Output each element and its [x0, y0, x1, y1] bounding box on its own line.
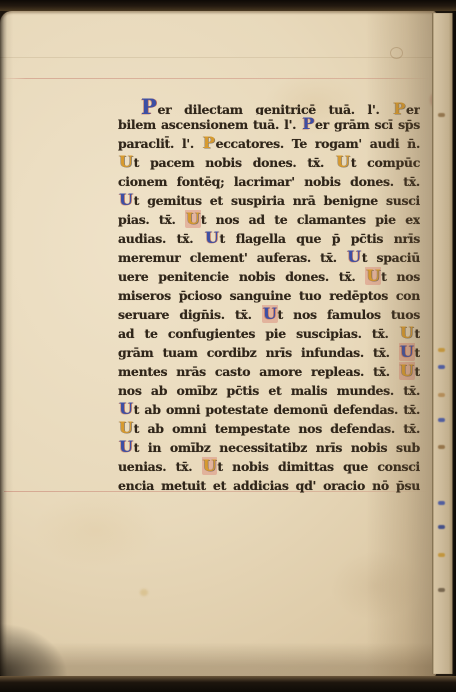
text-run: t in omībz necessitatibz nrīs nobis sub: [134, 440, 420, 455]
text-run: paraclit̄. l'.: [118, 136, 202, 151]
text-run: er dilectam genitricē tuā. l'.: [158, 102, 393, 115]
text-run: t nos: [381, 269, 420, 284]
illuminated-initial: U: [202, 457, 218, 475]
text-line: miseros p̄cioso sanguine tuo redēptos co…: [118, 286, 420, 305]
edge-fleck: [438, 553, 445, 557]
text-line: uere penitencie nobis dones. tx̄. Ut nos: [118, 267, 420, 286]
ruling-line-top: [0, 78, 430, 79]
text-line: nos ab omībz pc̄tis et malis mundes. tx̄…: [118, 381, 420, 400]
illuminated-initial: U: [118, 153, 134, 171]
edge-fleck: [438, 348, 445, 352]
edge-fleck: [438, 501, 445, 505]
text-block: Per dilectam genitricē tuā. l'. Per admi…: [118, 96, 420, 495]
illuminated-initial: P: [140, 96, 158, 115]
illuminated-initial: U: [118, 191, 134, 209]
text-line: bilem ascensionem tuā. l'. Per grām scī …: [118, 115, 420, 134]
text-line: mentes nrās casto amore repleas. tx̄. Ut: [118, 362, 420, 381]
illuminated-initial: P: [301, 115, 315, 133]
illuminated-initial: U: [399, 324, 415, 342]
text-line: encia metuit et addicias qd' oracio nō p…: [118, 476, 420, 495]
edge-fleck: [438, 445, 445, 449]
illuminated-initial: U: [118, 419, 134, 437]
text-line: Ut ab omni tempestate nos defendas. tx̄.: [118, 419, 420, 438]
text-line: Per dilectam genitricē tuā. l'. Per admi…: [118, 96, 420, 115]
text-run: pias. tx̄.: [118, 212, 185, 227]
text-run: grām tuam cordibz nrīs infundas. tx̄.: [118, 345, 399, 360]
text-line: Ut pacem nobis dones. tx̄. Ut compūc: [118, 153, 420, 172]
text-run: t pacem nobis dones. tx̄.: [134, 155, 335, 170]
text-run: t flagella que p̄ pc̄tis nrīs: [220, 231, 420, 246]
text-line: grām tuam cordibz nrīs infundas. tx̄. Ut: [118, 343, 420, 362]
edge-fleck: [438, 588, 445, 592]
left-edge-shadow: [0, 11, 7, 676]
illuminated-initial: U: [346, 248, 362, 266]
text-run: bilem ascensionem tuā. l'.: [118, 117, 301, 132]
text-run: t ab omni tempestate nos defendas. tx̄.: [134, 421, 420, 436]
text-run: t: [415, 364, 420, 379]
edge-fleck: [438, 365, 445, 369]
bottom-shadow: [0, 676, 456, 692]
edge-fleck: [438, 113, 445, 117]
photo-backdrop: Per dilectam genitricē tuā. l'. Per admi…: [0, 0, 456, 692]
text-run: t nos ad te clamantes pie ex: [201, 212, 420, 227]
illuminated-initial: U: [335, 153, 351, 171]
manuscript-page: Per dilectam genitricē tuā. l'. Per admi…: [0, 11, 436, 676]
text-run: encia metuit et addicias qd' oracio nō p…: [118, 478, 420, 493]
text-run: seruare dign̄is. tx̄.: [118, 307, 262, 322]
illuminated-initial: U: [399, 343, 415, 361]
text-run: eccatores. Te rogam' audi n̄.: [216, 136, 420, 151]
text-run: uenias. tx̄.: [118, 459, 202, 474]
text-run: mentes nrās casto amore repleas. tx̄.: [118, 364, 399, 379]
text-run: t nos famulos tuos: [278, 307, 421, 322]
edge-fleck: [438, 525, 445, 529]
text-run: ad te confugientes pie suscipias. tx̄.: [118, 326, 399, 341]
text-line: Ut in omībz necessitatibz nrīs nobis sub: [118, 438, 420, 457]
illuminated-initial: P: [202, 134, 216, 152]
text-line: meremur clement' auferas. tx̄. Ut spaciū: [118, 248, 420, 267]
text-run: t compūc: [351, 155, 420, 170]
illuminated-initial: U: [399, 362, 415, 380]
text-line: pias. tx̄. Ut nos ad te clamantes pie ex: [118, 210, 420, 229]
edge-fleck: [438, 393, 445, 397]
right-edge-shadow: [452, 0, 456, 692]
text-run: t: [415, 326, 420, 341]
text-line: uenias. tx̄. Ut nobis dimittas que consc…: [118, 457, 420, 476]
stain: [140, 589, 148, 596]
illuminated-initial: U: [262, 305, 278, 323]
text-line: Ut ab omni potestate demonū defendas. tx…: [118, 400, 420, 419]
text-run: audias. tx̄.: [118, 231, 204, 246]
top-edge-shadow: [0, 0, 456, 11]
text-run: nos ab omībz pc̄tis et malis mundes. tx̄…: [118, 383, 420, 398]
text-line: paraclit̄. l'. Peccatores. Te rogam' aud…: [118, 134, 420, 153]
illuminated-initial: U: [118, 400, 134, 418]
illuminated-initial: U: [365, 267, 381, 285]
illuminated-initial: U: [118, 438, 134, 456]
text-run: miseros p̄cioso sanguine tuo redēptos co…: [118, 288, 420, 303]
text-line: ad te confugientes pie suscipias. tx̄. U…: [118, 324, 420, 343]
text-line: seruare dign̄is. tx̄. Ut nos famulos tuo…: [118, 305, 420, 324]
text-line: Ut gemitus et suspiria nrā benigne susci: [118, 191, 420, 210]
text-run: t: [415, 345, 420, 360]
stain: [330, 551, 420, 621]
text-run: t gemitus et suspiria nrā benigne susci: [134, 193, 420, 208]
illuminated-initial: U: [204, 229, 220, 247]
text-run: t ab omni potestate demonū defendas. tx̄…: [134, 402, 420, 417]
fore-edge: [432, 13, 453, 674]
text-line: cionem fontēq; lacrimar' nobis dones. tx…: [118, 172, 420, 191]
text-run: t nobis dimittas que consci: [217, 459, 420, 474]
text-run: meremur clement' auferas. tx̄.: [118, 250, 346, 265]
illuminated-initial: U: [185, 210, 201, 228]
bottom-left-corner-shadow: [0, 621, 70, 676]
crease-line: [0, 57, 436, 58]
illuminated-initial: P: [392, 99, 406, 115]
text-run: er grām scī sp̄s: [315, 117, 420, 132]
text-run: t spaciū: [362, 250, 420, 265]
text-line: audias. tx̄. Ut flagella que p̄ pc̄tis n…: [118, 229, 420, 248]
edge-fleck: [438, 418, 445, 422]
text-run: cionem fontēq; lacrimar' nobis dones. tx…: [118, 174, 420, 189]
text-run: uere penitencie nobis dones. tx̄.: [118, 269, 365, 284]
